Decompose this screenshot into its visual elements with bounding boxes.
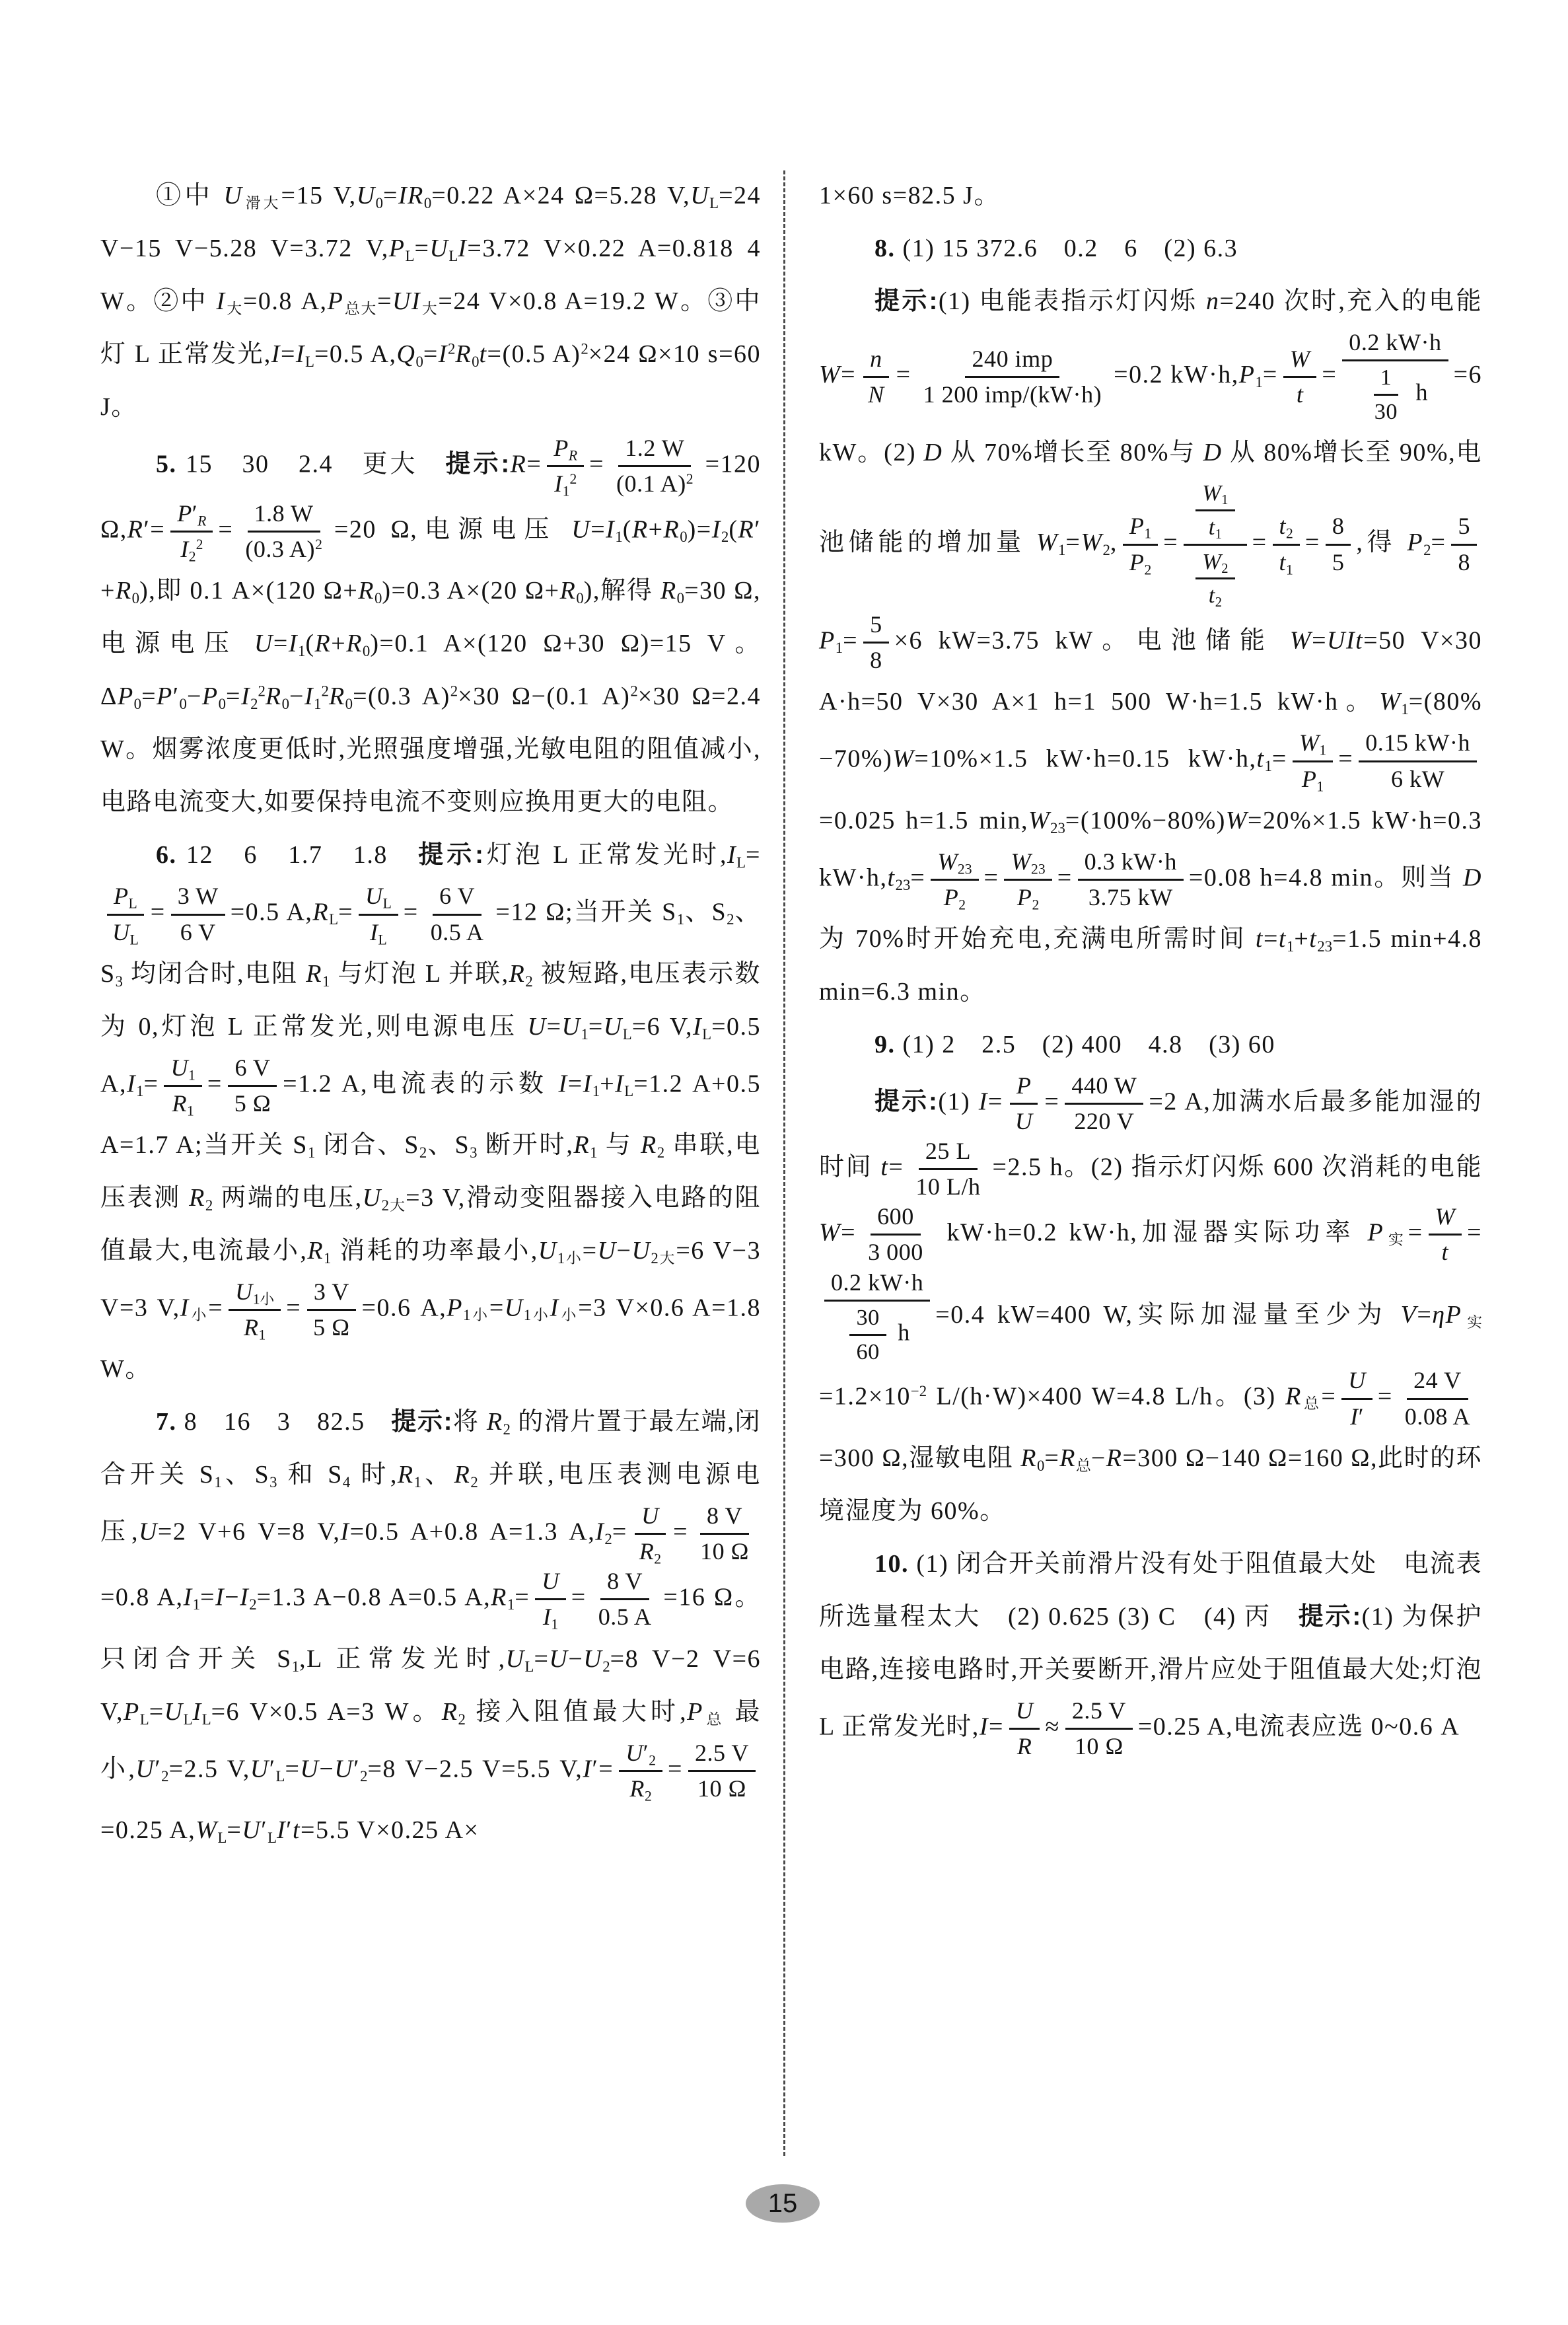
- answer-page: ①中 U滑大=15 V,U0=IR0=0.22 A×24 Ω=5.28 V,UL…: [0, 0, 1568, 2325]
- fraction: U1R1: [164, 1053, 201, 1119]
- fraction: UI1: [535, 1567, 566, 1632]
- fraction: W1t1: [1195, 479, 1234, 542]
- fraction: 0.2 kW·h3060 h: [824, 1268, 930, 1366]
- fraction: 3060: [849, 1304, 886, 1366]
- left-column: ①中 U滑大=15 V,U0=IR0=0.22 A×24 Ω=5.28 V,UL…: [100, 169, 761, 1857]
- fraction: W23P2: [931, 847, 978, 912]
- fraction: 2.5 V10 Ω: [1065, 1696, 1133, 1761]
- fraction: 6003 000: [861, 1202, 930, 1267]
- fraction: 440 W220 V: [1065, 1071, 1143, 1136]
- fraction: 240 imp1 200 imp/(kW·h): [917, 344, 1109, 410]
- fraction: 1.8 W(0.3 A)2: [238, 499, 329, 564]
- fraction: 25 L10 L/h: [909, 1136, 987, 1202]
- fraction: W1t1W2t2: [1184, 479, 1246, 610]
- paragraph: 9. (1) 2 2.5 (2) 400 4.8 (3) 60: [819, 1018, 1482, 1071]
- fraction: t2t1: [1273, 511, 1300, 577]
- fraction: 3 V5 Ω: [306, 1277, 356, 1343]
- fraction: PU: [1009, 1071, 1040, 1136]
- fraction: UI′: [1341, 1366, 1372, 1431]
- fraction: 0.3 kW·h3.75 kW: [1078, 847, 1184, 912]
- fraction: PLUL: [106, 881, 145, 947]
- fraction: 6 V0.5 A: [424, 881, 491, 947]
- paragraph: 5. 15 30 2.4 更大 提示:R=PRI12=1.2 W(0.1 A)2…: [100, 433, 761, 829]
- page-number: 15: [768, 2189, 798, 2219]
- fraction: W2t2: [1195, 548, 1234, 610]
- fraction: PRI12: [547, 433, 584, 499]
- fraction: 24 V0.08 A: [1398, 1366, 1477, 1431]
- paragraph: 8. (1) 15 372.6 0.2 6 (2) 6.3: [819, 222, 1482, 275]
- fraction: P′RI22: [170, 499, 213, 564]
- fraction: UR2: [633, 1501, 668, 1567]
- fraction: 0.15 kW·h6 kW: [1359, 728, 1477, 793]
- column-divider: [783, 170, 785, 2156]
- fraction: 6 V5 Ω: [228, 1053, 277, 1119]
- paragraph: 提示:(1) I=PU=440 W220 V=2 A,加满水后最多能加湿的时间 …: [819, 1071, 1482, 1537]
- page-number-badge: 15: [746, 2184, 820, 2223]
- fraction: 85: [1326, 511, 1351, 577]
- right-column: 1×60 s=82.5 J。8. (1) 15 372.6 0.2 6 (2) …: [819, 169, 1482, 1761]
- paragraph: 6. 12 6 1.7 1.8 提示:灯泡 L 正常发光时,IL=PLUL=3 …: [100, 829, 761, 1395]
- fraction: 0.2 kW·h130 h: [1342, 328, 1448, 426]
- fraction: U1小R1: [229, 1277, 281, 1343]
- paragraph: 1×60 s=82.5 J。: [819, 169, 1482, 222]
- fraction: 58: [1451, 511, 1477, 577]
- fraction: U′2R2: [619, 1738, 662, 1804]
- fraction: UR: [1009, 1696, 1040, 1761]
- fraction: W1P1: [1293, 728, 1333, 793]
- paragraph: 提示:(1) 电能表指示灯闪烁 n=240 次时,充入的电能 W=nN=240 …: [819, 275, 1482, 1018]
- fraction: 130: [1368, 363, 1404, 426]
- fraction: W23P2: [1004, 847, 1051, 912]
- fraction: 1.2 W(0.1 A)2: [610, 433, 700, 499]
- fraction: 2.5 V10 Ω: [688, 1738, 756, 1804]
- fraction: P1P2: [1123, 511, 1158, 577]
- fraction: 58: [863, 610, 889, 675]
- fraction: 3 W6 V: [171, 881, 225, 947]
- fraction: 8 V10 Ω: [694, 1501, 756, 1567]
- fraction: Wt: [1283, 344, 1317, 410]
- paragraph: ①中 U滑大=15 V,U0=IR0=0.22 A×24 Ω=5.28 V,UL…: [100, 169, 761, 433]
- fraction: nN: [861, 344, 891, 410]
- paragraph: 7. 8 16 3 82.5 提示:将 R2 的滑片置于最左端,闭合开关 S1、…: [100, 1395, 761, 1857]
- fraction: ULIL: [359, 881, 398, 947]
- fraction: 8 V0.5 A: [592, 1567, 659, 1632]
- fraction: Wt: [1429, 1202, 1462, 1267]
- paragraph: 10. (1) 闭合开关前滑片没有处于阻值最大处 电流表所选量程太大 (2) 0…: [819, 1537, 1482, 1761]
